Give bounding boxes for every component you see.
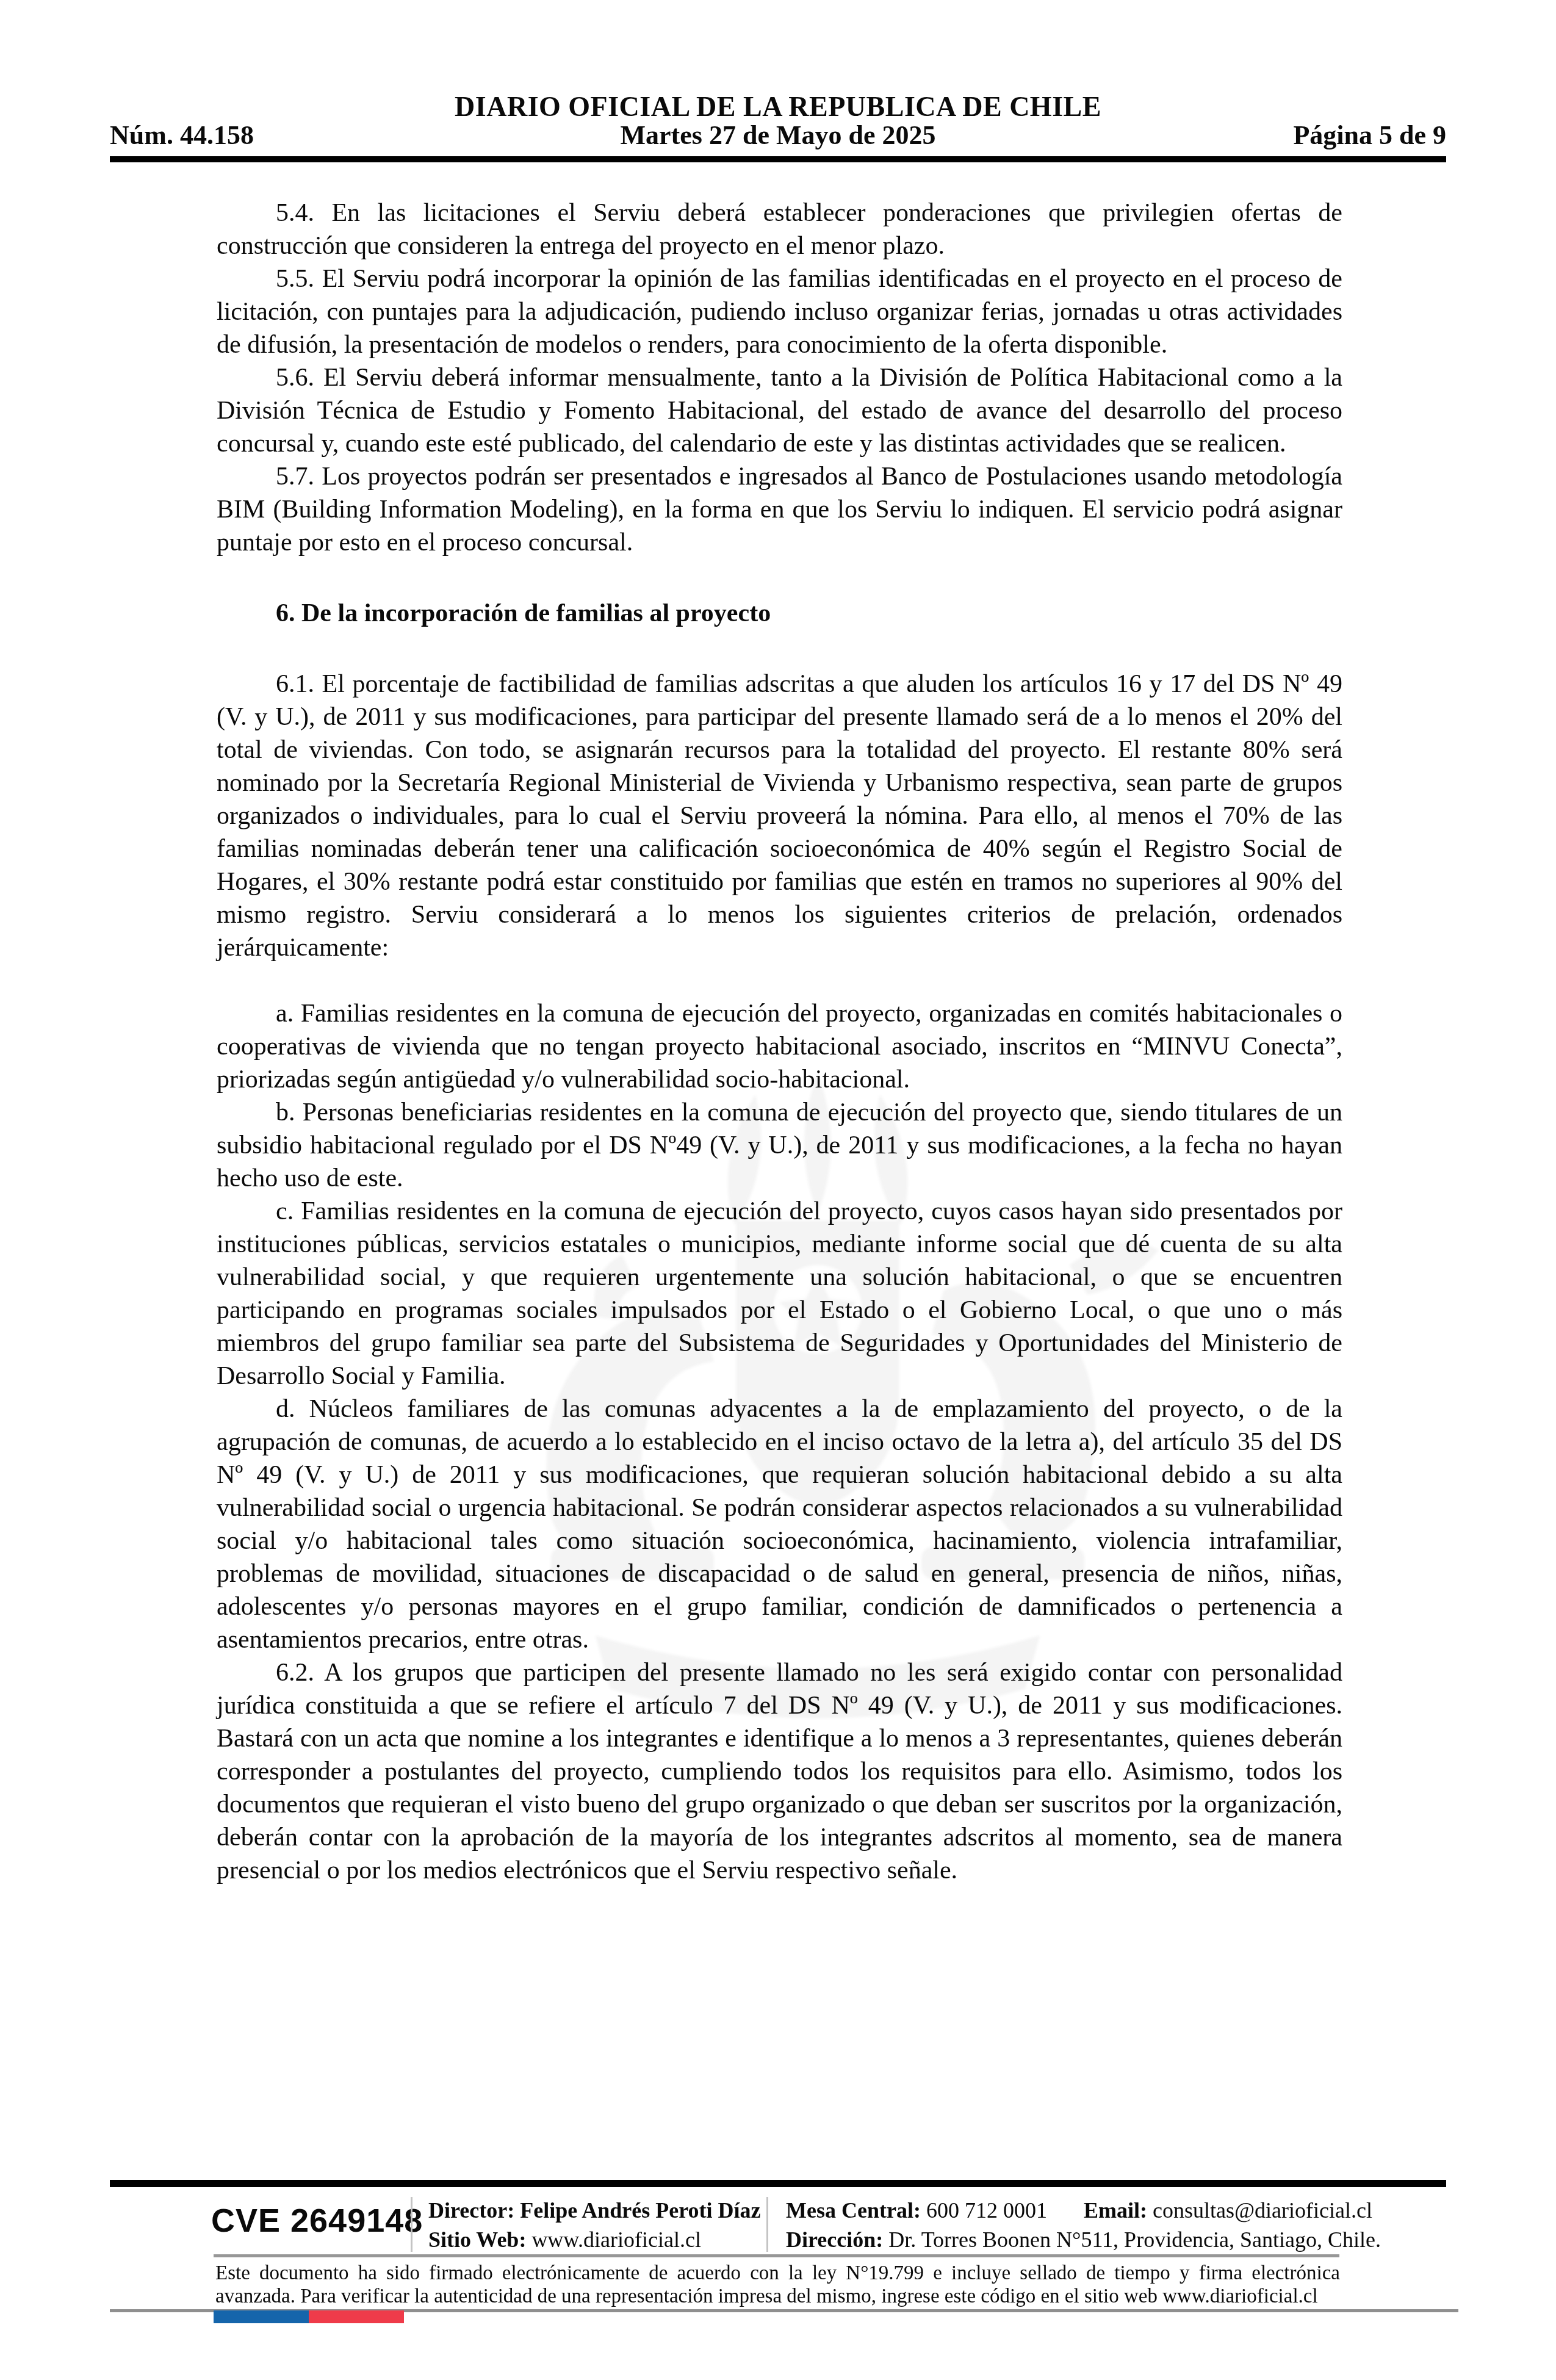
footer-divider-2 — [766, 2197, 768, 2252]
footer-divider-1 — [411, 2197, 412, 2252]
director-label: Director: — [428, 2198, 514, 2223]
footer-director-block: Director: Felipe Andrés Peroti Díaz Siti… — [428, 2196, 761, 2254]
paragraph-5-5: 5.5. El Serviu podrá incorporar la opini… — [217, 262, 1342, 361]
cve-number: CVE 2649148 — [211, 2202, 423, 2240]
list-item-a: a. Familias residentes en la comuna de e… — [217, 997, 1342, 1096]
header-rule — [110, 156, 1446, 162]
director-name: Felipe Andrés Peroti Díaz — [520, 2198, 760, 2223]
mesa-central-value: 600 712 0001 — [926, 2198, 1047, 2223]
email-value: consultas@diarioficial.cl — [1153, 2198, 1372, 2223]
newspaper-title: DIARIO OFICIAL DE LA REPUBLICA DE CHILE — [0, 90, 1556, 123]
phone-email-line: Mesa Central: 600 712 0001 Email: consul… — [786, 2196, 1381, 2225]
paragraph-6-1: 6.1. El porcentaje de factibilidad de fa… — [217, 668, 1342, 964]
paragraph-5-4: 5.4. En las licitaciones el Serviu deber… — [217, 197, 1342, 262]
address-line: Dirección: Dr. Torres Boonen N°511, Prov… — [786, 2225, 1381, 2254]
flag-red-block — [309, 2310, 404, 2323]
page-indicator: Página 5 de 9 — [1293, 120, 1446, 151]
paragraph-6-2: 6.2. A los grupos que participen del pre… — [217, 1656, 1342, 1887]
address-label: Dirección: — [786, 2227, 883, 2252]
email-label: Email: — [1084, 2198, 1147, 2223]
footer-top-rule — [110, 2180, 1446, 2187]
website-label: Sitio Web: — [428, 2227, 526, 2252]
document-body: 5.4. En las licitaciones el Serviu deber… — [217, 197, 1342, 1887]
list-item-d: d. Núcleos familiares de las comunas ady… — [217, 1393, 1342, 1656]
footer-contact-block: Mesa Central: 600 712 0001 Email: consul… — [786, 2196, 1381, 2254]
paragraph-5-7: 5.7. Los proyectos podrán ser presentado… — [217, 460, 1342, 559]
paragraph-5-6: 5.6. El Serviu deberá informar mensualme… — [217, 361, 1342, 460]
director-line: Director: Felipe Andrés Peroti Díaz — [428, 2196, 761, 2225]
website-line: Sitio Web: www.diarioficial.cl — [428, 2225, 761, 2254]
flag-blue-block — [214, 2310, 309, 2323]
mesa-central-label: Mesa Central: — [786, 2198, 921, 2223]
section-heading-6: 6. De la incorporación de familias al pr… — [217, 597, 1342, 630]
list-item-b: b. Personas beneficiarias residentes en … — [217, 1096, 1342, 1195]
chile-flag-mark — [214, 2310, 404, 2323]
document-page: DIARIO OFICIAL DE LA REPUBLICA DE CHILE … — [0, 0, 1556, 2380]
signature-disclaimer: Este documento ha sido firmado electróni… — [215, 2262, 1340, 2308]
list-item-c: c. Familias residentes en la comuna de e… — [217, 1195, 1342, 1393]
website-value: www.diarioficial.cl — [531, 2227, 701, 2252]
disclaimer-top-rule — [214, 2254, 1339, 2257]
address-value: Dr. Torres Boonen N°511, Providencia, Sa… — [888, 2227, 1381, 2252]
